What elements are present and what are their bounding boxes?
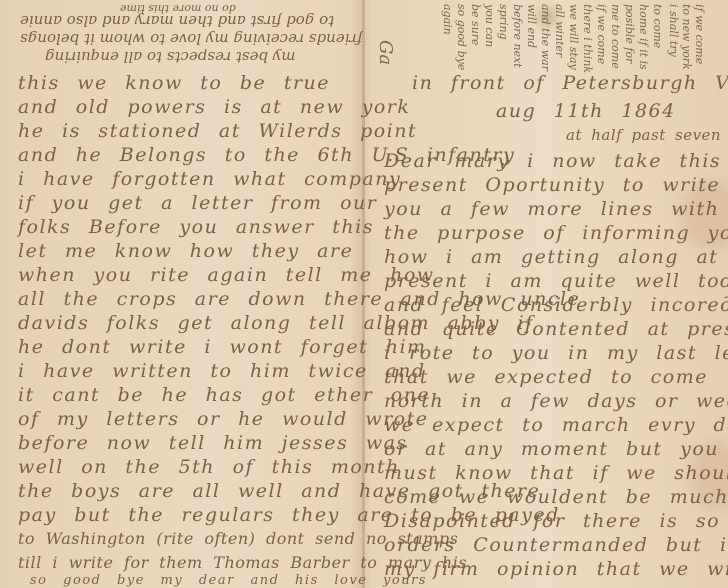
margin-note: and the war	[539, 4, 552, 71]
margin-note: you can	[483, 4, 496, 47]
letter-line: the boys are all well and have got there	[18, 480, 356, 502]
letter-line: he dont write i wont forget him	[18, 336, 356, 358]
letter-line: the purpose of informing you	[384, 222, 722, 244]
margin-note: will end	[525, 4, 538, 48]
margin-note: so good bye	[455, 4, 468, 70]
letter-line: when you rite again tell me how	[18, 264, 356, 286]
margin-note: i shall try	[667, 4, 680, 57]
margin-partial: Ga	[375, 40, 396, 65]
letter-line: or at any moment but you	[384, 438, 722, 460]
letter-line: and he Belongs to the 6th U.S infantry	[18, 144, 356, 166]
letter-line: Dear mary i now take this	[384, 150, 722, 172]
letter-line: folks Before you answer this	[18, 216, 356, 238]
letter-line: i have forgotten what company	[18, 168, 356, 190]
margin-note: be sure	[469, 4, 482, 46]
letter-line: let me know how they are	[18, 240, 356, 262]
letter-line: pay but the regulars they are to be paye…	[18, 504, 356, 526]
letter-line: all the crops are down there and how unc…	[18, 288, 356, 310]
letter-line: north in a few days or weeks	[384, 390, 722, 412]
letter-line: you a few more lines with	[384, 198, 722, 220]
left-page: do no more this time to god first and th…	[0, 0, 362, 588]
letter-line: my firm opinion that we will	[384, 558, 722, 580]
letter-line: present i am quite well today	[384, 270, 722, 292]
letter-line: if you get a letter from our	[18, 192, 356, 214]
margin-note: to new york	[680, 4, 693, 70]
letter-line: it cant be he has got ether one	[18, 384, 356, 406]
place-heading: in front of Petersburgh V.a	[412, 72, 722, 94]
letter-line: before now tell him jesses was	[18, 432, 356, 454]
letter-line: he is stationed at Wilerds point	[18, 120, 356, 142]
margin-note: we will stay	[567, 4, 580, 70]
letter-line: and quite Contented at present	[384, 318, 722, 340]
margin-note: all winter	[553, 4, 566, 57]
letter-line: we expect to march evry day	[384, 414, 722, 436]
letter-sheet: do no more this time to god first and th…	[0, 0, 728, 588]
right-page: if we come to new york i shall try to co…	[366, 0, 728, 588]
upside-down-line: my best respects to all enquiring	[45, 48, 296, 66]
margin-note: before next	[511, 4, 524, 68]
letter-line: come we wouldent be much	[384, 486, 722, 508]
letter-line: and old powers is at new york	[18, 96, 356, 118]
letter-line: this we know to be true	[18, 72, 356, 94]
letter-line: must know that if we shouldent	[384, 462, 722, 484]
letter-line: of my letters or he would wrote	[18, 408, 356, 430]
letter-line: Disapointed for there is so many	[384, 510, 722, 532]
upside-down-line: friends receiving my love to whom it bel…	[20, 30, 362, 48]
letter-line: i rote to you in my last letter	[384, 342, 722, 364]
letter-line: davids folks get along tell albom abby i…	[18, 312, 356, 334]
letter-line: well on the 5th of this month	[18, 456, 356, 478]
letter-line: how i am getting along at	[384, 246, 722, 268]
upside-down-line: to god first and then mary and also anni…	[20, 12, 334, 30]
margin-note: to come	[651, 4, 664, 48]
margin-note: posible for	[623, 4, 636, 63]
letter-line: present Oportunity to write to	[384, 174, 722, 196]
margin-note: home if it is	[637, 4, 650, 70]
letter-line: to Washington (rite often) dont send no …	[18, 528, 356, 550]
letter-line: i have written to him twice and	[18, 360, 356, 382]
letter-line: that we expected to come	[384, 366, 722, 388]
date-heading: aug 11th 1864	[496, 100, 722, 122]
margin-note: if we come	[595, 4, 608, 64]
margin-note: me to come	[609, 4, 622, 69]
letter-line: orders Countermanded but it is	[384, 534, 722, 556]
letter-line: and feel Considerbly incoreдged	[384, 294, 722, 316]
closing-line: so good bye my dear and his love yours	[30, 570, 356, 588]
margin-note: again	[441, 4, 454, 35]
margin-note: there i think	[581, 4, 594, 73]
time-heading: at half past seven a.m	[566, 124, 722, 146]
margin-note: if we come	[693, 4, 706, 64]
margin-note: spring	[497, 4, 510, 40]
